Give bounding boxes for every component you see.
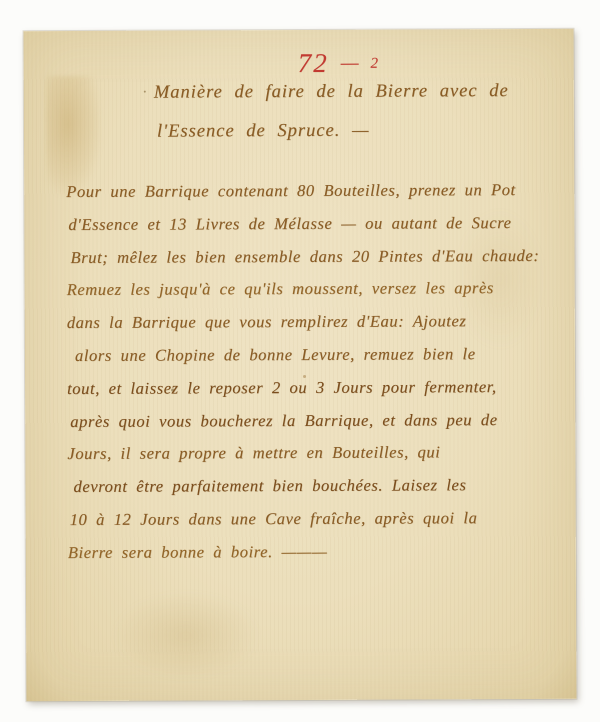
- manuscript-line: d'Essence et 13 Livres de Mélasse — ou a…: [68, 213, 566, 248]
- manuscript-line: tout, et laissez le reposer 2 ou 3 Jours…: [67, 377, 567, 412]
- folio-secondary-number: 2: [370, 54, 378, 73]
- title-line-2: l'Essence de Spruce. —: [157, 121, 370, 143]
- folio-number: 72: [298, 48, 329, 79]
- paper-stain: [111, 590, 261, 681]
- manuscript-line: Remuez les jusqu'à ce qu'ils moussent, v…: [67, 278, 567, 313]
- manuscript-line: dans la Barrique que vous remplirez d'Ea…: [67, 311, 567, 346]
- manuscript-line: Jours, il sera propre à mettre en Boutei…: [67, 442, 567, 477]
- paper-stain: [46, 76, 102, 196]
- folio-dash: —: [341, 52, 359, 75]
- scan-background: 72 — 2 Manière de faire de la Bierre ave…: [0, 0, 600, 722]
- manuscript-line: Pour une Barrique contenant 80 Bouteille…: [66, 180, 566, 215]
- manuscript-line: Bierre sera bonne à boire. ———: [68, 541, 568, 576]
- manuscript-line: 10 à 12 Jours dans une Cave fraîche, apr…: [70, 508, 568, 543]
- ink-speck: [144, 91, 146, 93]
- manuscript-page: 72 — 2 Manière de faire de la Bierre ave…: [24, 29, 577, 701]
- manuscript-body: Pour une Barrique contenant 80 Bouteille…: [66, 180, 568, 576]
- manuscript-line: devront être parfaitement bien bouchées.…: [73, 475, 567, 510]
- manuscript-line: après quoi vous boucherez la Barrique, e…: [70, 409, 567, 444]
- folio-number-line: 72 — 2: [298, 48, 378, 79]
- title-line-1: Manière de faire de la Bierre avec de: [154, 81, 509, 104]
- manuscript-line: alors une Chopine de bonne Levure, remue…: [75, 344, 567, 379]
- manuscript-line: Brut; mêlez les bien ensemble dans 20 Pi…: [70, 245, 566, 280]
